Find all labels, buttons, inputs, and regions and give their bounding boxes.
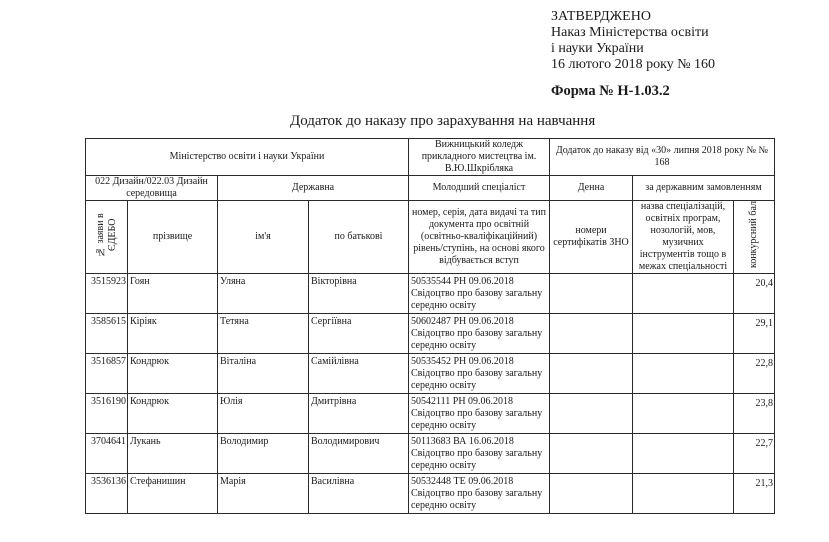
table-row: 3536136 Стефанишин Марія Василівна 50532…	[86, 474, 775, 514]
table-row: 3516857 Кондрюк Віталіна Самійлівна 5053…	[86, 354, 775, 394]
zno-cell	[550, 434, 633, 474]
document-cell: 50113683 ВА 16.06.2018Свідоцтво про базо…	[409, 434, 550, 474]
app-no-cell: 3516857	[86, 354, 128, 394]
table-row: 3585615 Кіріяк Тетяна Сергіївна 50602487…	[86, 314, 775, 354]
specialization-cell	[633, 394, 734, 434]
column-header-row: № заяви в ЄДЕБО прізвище ім'я по батьков…	[86, 201, 775, 274]
document-number: 50113683 ВА 16.06.2018	[411, 436, 547, 448]
document-cell: 50535544 РН 09.06.2018Свідоцтво про базо…	[409, 274, 550, 314]
app-no-cell: 3515923	[86, 274, 128, 314]
name-cell: Юлія	[218, 394, 309, 434]
surname-cell: Гоян	[128, 274, 218, 314]
specialization-cell	[633, 354, 734, 394]
score-cell: 20,4	[734, 274, 775, 314]
document-cell: 50532448 ТЕ 09.06.2018Свідоцтво про базо…	[409, 474, 550, 514]
specialization-cell	[633, 314, 734, 354]
score-cell: 29,1	[734, 314, 775, 354]
surname-cell: Кіріяк	[128, 314, 218, 354]
document-number: 50602487 РН 09.06.2018	[411, 316, 547, 328]
name-cell: Уляна	[218, 274, 309, 314]
document-title: Додаток до наказу про зарахування на нав…	[290, 113, 595, 130]
document-type: Свідоцтво про базову загальну середню ос…	[411, 328, 547, 352]
surname-cell: Лукань	[128, 434, 218, 474]
surname-cell: Стефанишин	[128, 474, 218, 514]
degree-cell: Молодший спеціаліст	[409, 176, 550, 201]
specialization-cell	[633, 274, 734, 314]
surname-cell: Кондрюк	[128, 354, 218, 394]
app-no-cell: 3704641	[86, 434, 128, 474]
document-cell: 50542111 РН 09.06.2018Свідоцтво про базо…	[409, 394, 550, 434]
document-type: Свідоцтво про базову загальну середню ос…	[411, 488, 547, 512]
table-row: 3516190 Кондрюк Юлія Дмитрівна 50542111 …	[86, 394, 775, 434]
patronymic-cell: Сергіївна	[309, 314, 409, 354]
score-cell: 22,8	[734, 354, 775, 394]
ownership-cell: Державна	[218, 176, 409, 201]
funding-cell: за державним замовленням	[633, 176, 775, 201]
table-body: 3515923 Гоян Уляна Вікторівна 50535544 Р…	[86, 274, 775, 514]
order-ref-cell: Додаток до наказу від «30» липня 2018 ро…	[550, 139, 775, 176]
app-no-cell: 3516190	[86, 394, 128, 434]
table-row: 3515923 Гоян Уляна Вікторівна 50535544 Р…	[86, 274, 775, 314]
score-cell: 22,7	[734, 434, 775, 474]
zno-cell	[550, 274, 633, 314]
document-number: 50542111 РН 09.06.2018	[411, 396, 547, 408]
document-type: Свідоцтво про базову загальну середню ос…	[411, 448, 547, 472]
enrollment-table: Міністерство освіти і науки України Вижн…	[85, 138, 775, 514]
name-cell: Віталіна	[218, 354, 309, 394]
zno-cell	[550, 354, 633, 394]
approval-line: Наказ Міністерства освіти	[551, 25, 715, 41]
col-header-surname: прізвище	[128, 201, 218, 274]
score-cell: 23,8	[734, 394, 775, 434]
patronymic-cell: Самійлівна	[309, 354, 409, 394]
name-cell: Володимир	[218, 434, 309, 474]
zno-cell	[550, 314, 633, 354]
score-cell: 21,3	[734, 474, 775, 514]
header-row-institution: Міністерство освіти і науки України Вижн…	[86, 139, 775, 176]
col-header-app-no-text: № заяви в ЄДЕБО	[95, 204, 119, 266]
document-type: Свідоцтво про базову загальну середню ос…	[411, 408, 547, 432]
form-number: Форма № Н-1.03.2	[551, 83, 670, 100]
approval-line: ЗАТВЕРДЖЕНО	[551, 9, 715, 25]
patronymic-cell: Володимирович	[309, 434, 409, 474]
zno-cell	[550, 394, 633, 434]
table-row: 3704641 Лукань Володимир Володимирович 5…	[86, 434, 775, 474]
app-no-cell: 3585615	[86, 314, 128, 354]
specialty-cell: 022 Дизайн/022.03 Дизайн середовища	[86, 176, 218, 201]
col-header-app-no: № заяви в ЄДЕБО	[86, 201, 128, 274]
col-header-document: номер, серія, дата видачі та тип докумен…	[409, 201, 550, 274]
zno-cell	[550, 474, 633, 514]
approval-line: і науки України	[551, 41, 715, 57]
study-form-cell: Денна	[550, 176, 633, 201]
name-cell: Тетяна	[218, 314, 309, 354]
specialization-cell	[633, 474, 734, 514]
document-number: 50535452 РН 09.06.2018	[411, 356, 547, 368]
app-no-cell: 3536136	[86, 474, 128, 514]
document-cell: 50602487 РН 09.06.2018Свідоцтво про базо…	[409, 314, 550, 354]
col-header-zno: номери сертифікатів ЗНО	[550, 201, 633, 274]
patronymic-cell: Вікторівна	[309, 274, 409, 314]
col-header-specialization: назва спеціалізацій, освітніх програм, н…	[633, 201, 734, 274]
name-cell: Марія	[218, 474, 309, 514]
approval-stamp: ЗАТВЕРДЖЕНО Наказ Міністерства освіти і …	[551, 9, 715, 73]
document-number: 50532448 ТЕ 09.06.2018	[411, 476, 547, 488]
header-row-program: 022 Дизайн/022.03 Дизайн середовища Держ…	[86, 176, 775, 201]
col-header-score: конкурсний бал	[734, 201, 775, 274]
col-header-name: ім'я	[218, 201, 309, 274]
approval-line: 16 лютого 2018 року № 160	[551, 57, 715, 73]
document-number: 50535544 РН 09.06.2018	[411, 276, 547, 288]
document-type: Свідоцтво про базову загальну середню ос…	[411, 288, 547, 312]
ministry-cell: Міністерство освіти і науки України	[86, 139, 409, 176]
document-cell: 50535452 РН 09.06.2018Свідоцтво про базо…	[409, 354, 550, 394]
patronymic-cell: Василівна	[309, 474, 409, 514]
surname-cell: Кондрюк	[128, 394, 218, 434]
specialization-cell	[633, 434, 734, 474]
document-type: Свідоцтво про базову загальну середню ос…	[411, 368, 547, 392]
patronymic-cell: Дмитрівна	[309, 394, 409, 434]
col-header-score-text: конкурсний бал	[748, 201, 760, 268]
institution-cell: Вижницький коледж прикладного мистецтва …	[409, 139, 550, 176]
col-header-patronymic: по батькові	[309, 201, 409, 274]
